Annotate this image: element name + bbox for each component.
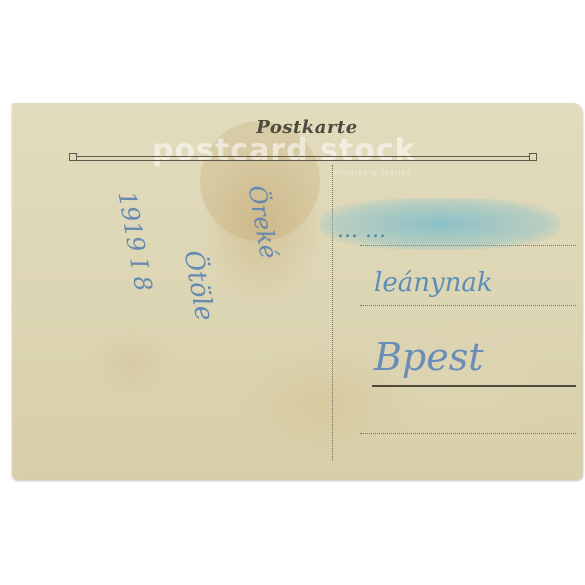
rule-end-left bbox=[69, 153, 77, 161]
watermark: postcard stock bbox=[152, 133, 416, 168]
address-line bbox=[360, 305, 576, 306]
handwritten-date: 1919 I 8 bbox=[112, 189, 157, 293]
handwritten-recipient-2: Ötöle bbox=[177, 248, 219, 323]
handwritten-address-2: leánynak bbox=[374, 268, 493, 298]
handwritten-address-1: ... ... bbox=[337, 218, 386, 243]
watermark-subtitle: pictures & stories bbox=[332, 169, 411, 177]
header-rule bbox=[74, 156, 535, 161]
postcard-back: Postkarte postcard stock pictures & stor… bbox=[12, 103, 583, 480]
handwritten-address-3: Bpest bbox=[374, 335, 484, 379]
rule-end-right bbox=[529, 153, 537, 161]
address-line bbox=[360, 433, 576, 434]
address-line-solid bbox=[372, 385, 576, 387]
